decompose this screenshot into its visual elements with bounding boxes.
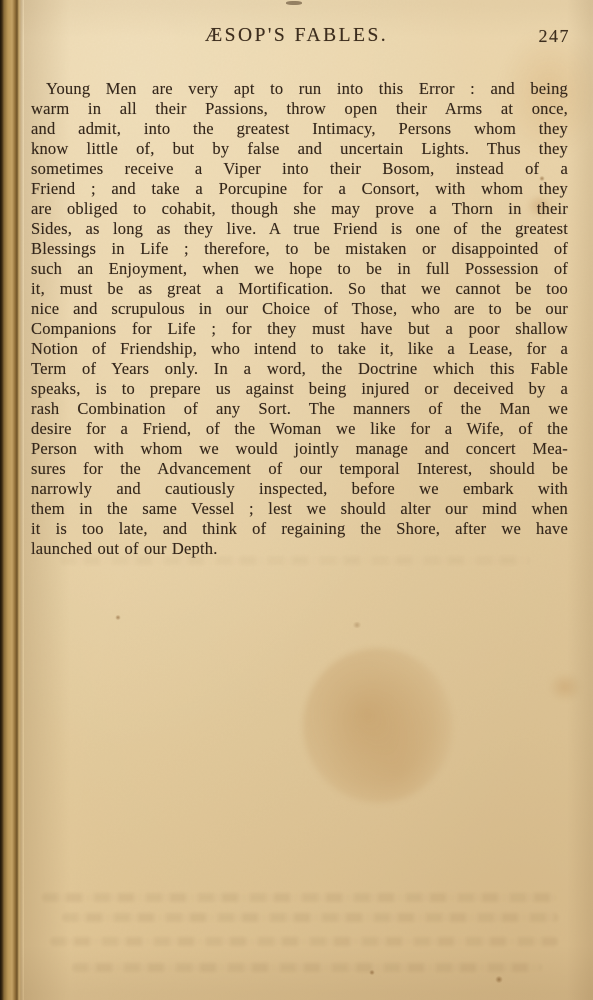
text-line: Friend ; and take a Porcupine for a Cons… [31, 179, 568, 199]
text-line: know little of, but by false and uncerta… [31, 139, 568, 159]
text-line: launched out of our Depth. [31, 539, 568, 559]
paper-speck [115, 615, 121, 620]
text-line: it, must be as great a Mortification. So… [31, 279, 568, 299]
text-line: desire for a Friend, of the Woman we lik… [31, 419, 568, 439]
paper-speck [286, 1, 302, 5]
bleedthrough-text [62, 913, 558, 922]
text-line: nice and scrupulous in our Choice of Tho… [31, 299, 568, 319]
book-binding-edge [0, 0, 24, 1000]
text-line: Blessings in Life ; therefore, to be mis… [31, 239, 568, 259]
text-line: narrowly and cautiously inspected, befor… [31, 479, 568, 499]
text-line: Notion of Friendship, who intend to take… [31, 339, 568, 359]
text-line: rash Combination of any Sort. The manner… [31, 399, 568, 419]
text-line: it is too late, and think of regaining t… [31, 519, 568, 539]
text-line: speaks, is to prepare us against being i… [31, 379, 568, 399]
paper-speck [495, 976, 503, 983]
bleedthrough-text [72, 963, 542, 972]
text-line: such an Enjoyment, when we hope to be in… [31, 259, 568, 279]
text-line: Companions for Life ; for they must have… [31, 319, 568, 339]
text-line: them in the same Vessel ; lest we should… [31, 499, 568, 519]
text-line: Sides, as long as they live. A true Frie… [31, 219, 568, 239]
page-number: 247 [539, 26, 571, 47]
text-line: warm in all their Passions, throw open t… [31, 99, 568, 119]
text-line: and admit, into the greatest Intimacy, P… [31, 119, 568, 139]
bleedthrough-text [50, 937, 558, 946]
text-line: are obliged to cohabit, though she may p… [31, 199, 568, 219]
stain-small [548, 672, 582, 702]
paper-speck [369, 970, 375, 975]
page-title: ÆSOP'S FABLES. [0, 25, 593, 47]
text-line: Young Men are very apt to run into this … [31, 79, 568, 99]
paper-speck [352, 622, 362, 628]
text-line: sures for the Advancement of our tempora… [31, 459, 568, 479]
body-text: Young Men are very apt to run into this … [31, 79, 568, 559]
bleedthrough-text [42, 893, 558, 902]
text-line: Person with whom we would jointly manage… [31, 439, 568, 459]
stain-fingerprint [303, 648, 453, 803]
scanned-book-page: ÆSOP'S FABLES. 247 Young Men are very ap… [0, 0, 593, 1000]
text-line: Term of Years only. In a word, the Doctr… [31, 359, 568, 379]
text-line: sometimes receive a Viper into their Bos… [31, 159, 568, 179]
